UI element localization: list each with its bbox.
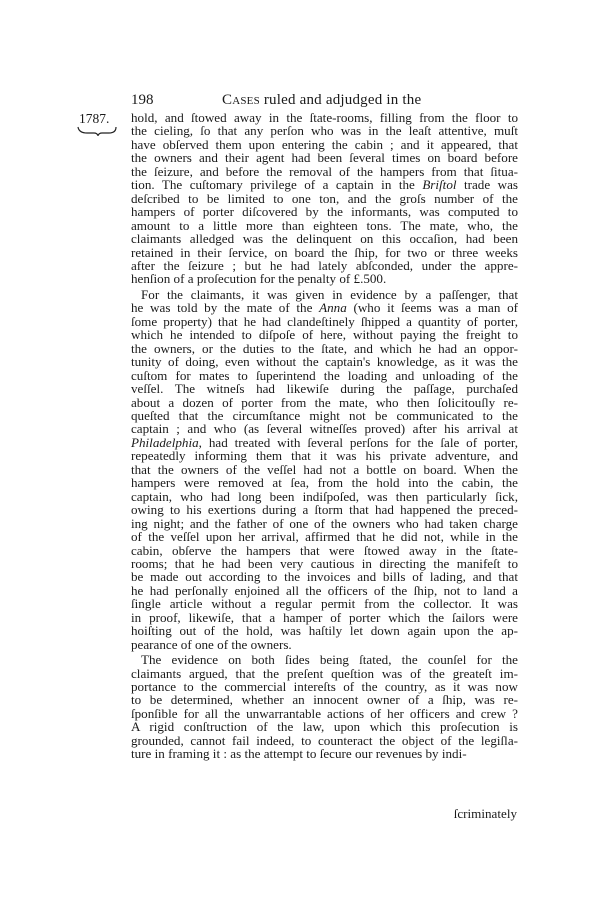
text-line: queſted that the circumſtance might not …: [131, 409, 518, 422]
text-line: captain, who had long been indiſpoſed, w…: [131, 490, 518, 503]
paragraph: For the claimants, it was given in evide…: [131, 288, 518, 651]
book-page: 198 Cases ruled and adjudged in the 1787…: [0, 0, 600, 903]
text-line: ture in framing it : as the attempt to ſ…: [131, 747, 518, 760]
curly-brace-icon: [77, 126, 117, 136]
text-line: he was told by the mate of the Anna (who…: [131, 301, 518, 314]
text-line: tunity of doing, even without the captai…: [131, 355, 518, 368]
text-line: rooms; that he had been very cautious in…: [131, 557, 518, 570]
text-line: amount to a little more than eighteen to…: [131, 219, 518, 232]
text-line: grounded, cannot fail indeed, to counter…: [131, 734, 518, 747]
text-line: ſingle article without a regular permit …: [131, 597, 518, 610]
text-line: repeatedly informing them that it was hi…: [131, 449, 518, 462]
text-line: that the owners of the veſſel had not a …: [131, 463, 518, 476]
running-head: Cases ruled and adjudged in the: [222, 91, 421, 109]
catchword: ſcriminately: [454, 807, 517, 821]
text-line: A rigid conſtruction of the law, upon wh…: [131, 720, 518, 733]
text-line: hampers were removed at ſea, from the ho…: [131, 476, 518, 489]
text-line: he had perſonally enjoined all the offic…: [131, 584, 518, 597]
text-line: the owners and their agent had been ſeve…: [131, 151, 518, 164]
page-number: 198: [131, 91, 154, 109]
text-line: after the ſeizure ; but he had lately ab…: [131, 259, 518, 272]
text-line: claimants argued, that the preſent queſt…: [131, 667, 518, 680]
text-line: deſcribed to be limited to one ton, and …: [131, 192, 518, 205]
text-line: of the veſſel upon her arrival, affirmed…: [131, 530, 518, 543]
text-line: Philadelphia, had treated with ſeveral p…: [131, 436, 518, 449]
text-line: the owners, or the duties to the ſtate, …: [131, 342, 518, 355]
text-line: For the claimants, it was given in evide…: [131, 288, 518, 301]
text-line: ing night; and the father of one of the …: [131, 517, 518, 530]
text-line: veſſel. The witneſs had likewiſe during …: [131, 382, 518, 395]
text-line: pearance of one of the owners.: [131, 638, 518, 651]
text-line: the ſeizure, and before the removal of t…: [131, 165, 518, 178]
text-line: be made out according to the invoices an…: [131, 570, 518, 583]
paragraph: hold, and ſtowed away in the ſtate-rooms…: [131, 111, 518, 286]
paragraph: The evidence on both ſides being ſtated,…: [131, 653, 518, 761]
text-line: portance to the commercial intereſts of …: [131, 680, 518, 693]
text-line: retained in their ſervice, on board the …: [131, 246, 518, 259]
text-line: tion. The cuſtomary privilege of a capta…: [131, 178, 518, 191]
text-line: cabin, obſerve the hampers that were ſto…: [131, 544, 518, 557]
text-line: ſome property) that he had clandeſtinely…: [131, 315, 518, 328]
text-line: The evidence on both ſides being ſtated,…: [131, 653, 518, 666]
text-line: the cieling, ſo that any perſon who was …: [131, 124, 518, 137]
text-line: cuſtom for mates to ſuperintend the load…: [131, 369, 518, 382]
margin-year-note: 1787.: [79, 111, 109, 127]
text-line: ſponſible for all the unwarrantable acti…: [131, 707, 518, 720]
running-head-rest: ruled and adjudged in the: [260, 92, 421, 108]
page-header: 198 Cases ruled and adjudged in the: [131, 91, 519, 109]
text-line: have obſerved them upon entering the cab…: [131, 138, 518, 151]
text-line: which he intended to diſpoſe of here, wi…: [131, 328, 518, 341]
text-line: hold, and ſtowed away in the ſtate-rooms…: [131, 111, 518, 124]
text-line: henſion of a proſecution for the penalty…: [131, 272, 518, 285]
text-line: in proof, likewiſe, that a hamper of por…: [131, 611, 518, 624]
text-line: owing to his exertions during a ſtorm th…: [131, 503, 518, 516]
text-line: hoiſting out of the hold, was haſtily le…: [131, 624, 518, 637]
body-text: hold, and ſtowed away in the ſtate-rooms…: [131, 111, 518, 761]
running-head-small-caps: Cases: [222, 92, 260, 108]
text-line: captain ; and who (as ſeveral witneſſes …: [131, 422, 518, 435]
text-line: hampers of porter diſcovered by the info…: [131, 205, 518, 218]
text-line: about a dozen of porter from the mate, w…: [131, 396, 518, 409]
text-line: claimants alledged was the delinquent on…: [131, 232, 518, 245]
text-line: to be determined, whether an innocent ow…: [131, 693, 518, 706]
